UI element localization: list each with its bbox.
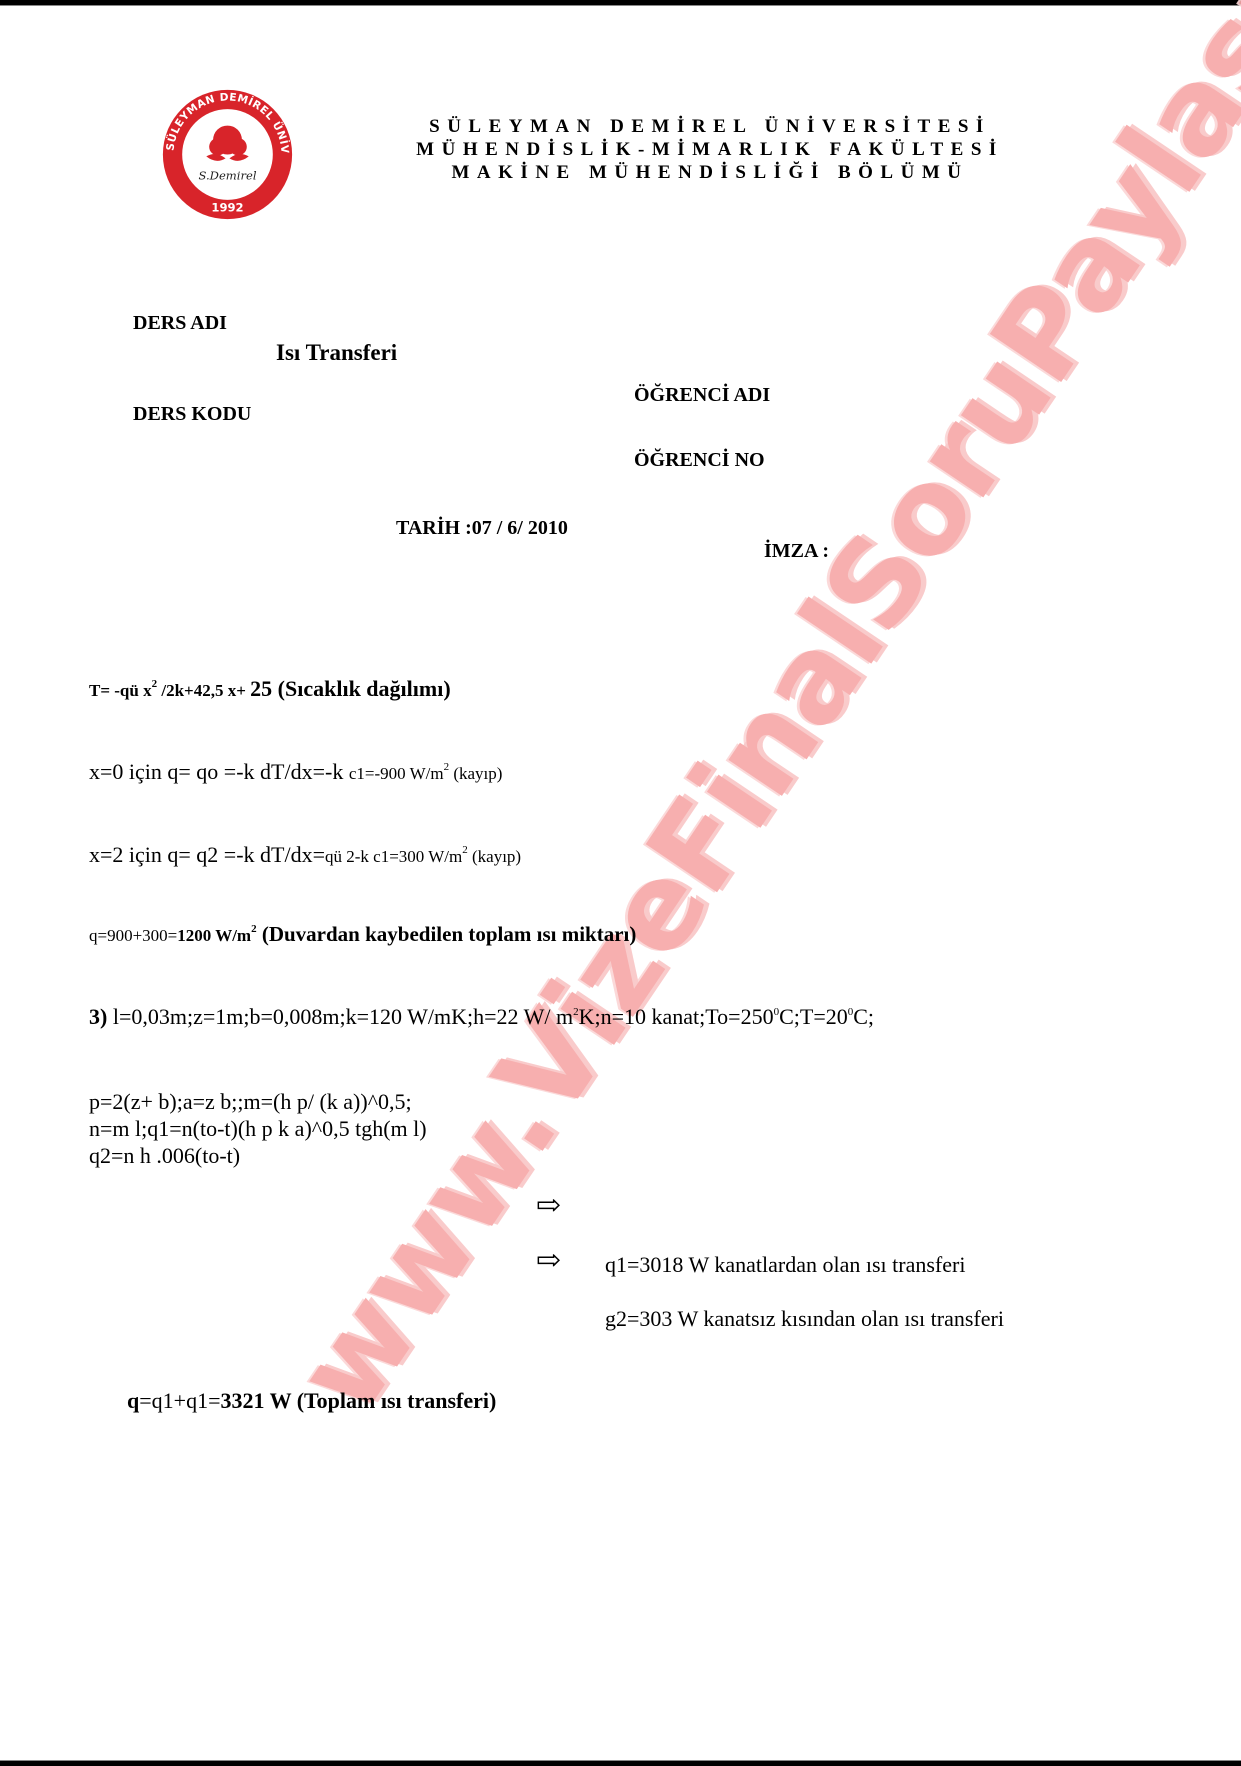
total-heat-loss: q=900+300=1200 W/m2 (Duvardan kaybedilen… — [89, 921, 1241, 947]
course-name-value: Isı Transferi — [276, 340, 1241, 366]
course-name-label: DERS ADI — [133, 312, 1241, 335]
calc-line-3: q2=n h .006(to-t) — [89, 1142, 1241, 1169]
flux-at-x2: x=2 için q= q2 =-k dT/dx=qü 2-k c1=300 W… — [89, 842, 1241, 868]
page-bottom-border — [0, 1760, 1241, 1766]
university-name: SÜLEYMAN DEMİREL ÜNİVERSİTESİ — [405, 115, 1015, 138]
arrow-right-icon: ⇨ — [536, 1192, 1241, 1219]
svg-text:S.Demirel: S.Demirel — [198, 169, 256, 183]
faculty-name: MÜHENDİSLİK-MİMARLIK FAKÜLTESİ — [405, 138, 1015, 161]
question-3-givens: 3) l=0,03m;z=1m;b=0,008m;k=120 W/mK;h=22… — [89, 1004, 1241, 1030]
university-header: SÜLEYMAN DEMİREL ÜNİVERSİTESİ MÜHENDİSLİ… — [405, 115, 1015, 184]
student-name-label: ÖĞRENCİ ADI — [634, 384, 1241, 407]
page-top-border — [0, 0, 1241, 6]
university-logo: SÜLEYMAN DEMİREL ÜNİVERSİTESİ S.Demirel … — [160, 87, 295, 222]
total-heat-transfer: q=q1+q1=3321 W (Toplam ısı transferi) — [127, 1388, 1241, 1414]
calc-line-2: n=m l;q1=n(to-t)(h p k a)^0,5 tgh(m l) — [89, 1115, 1241, 1142]
student-no-label: ÖĞRENCİ NO — [634, 449, 1241, 472]
svg-text:1992: 1992 — [211, 200, 243, 214]
unfinned-heat-transfer-result: g2=303 W kanatsız kısından olan ısı tran… — [605, 1306, 1241, 1332]
calculation-steps: p=2(z+ b);a=z b;;m=(h p/ (k a))^0,5; n=m… — [89, 1088, 1241, 1169]
date-field: TARİH :07 / 6/ 2010 — [396, 517, 1241, 540]
calc-line-1: p=2(z+ b);a=z b;;m=(h p/ (k a))^0,5; — [89, 1088, 1241, 1115]
signature-field: İMZA : — [764, 540, 1241, 563]
fin-heat-transfer-result: q1=3018 W kanatlardan olan ısı transferi — [605, 1252, 1241, 1278]
department-name: MAKİNE MÜHENDİSLİĞİ BÖLÜMÜ — [405, 161, 1015, 184]
temperature-distribution-equation: T= -qü x2 /2k+42,5 x+ 25 (Sıcaklık dağıl… — [89, 676, 1241, 702]
flux-at-x0: x=0 için q= qo =-k dT/dx=-k c1=-900 W/m2… — [89, 759, 1241, 785]
